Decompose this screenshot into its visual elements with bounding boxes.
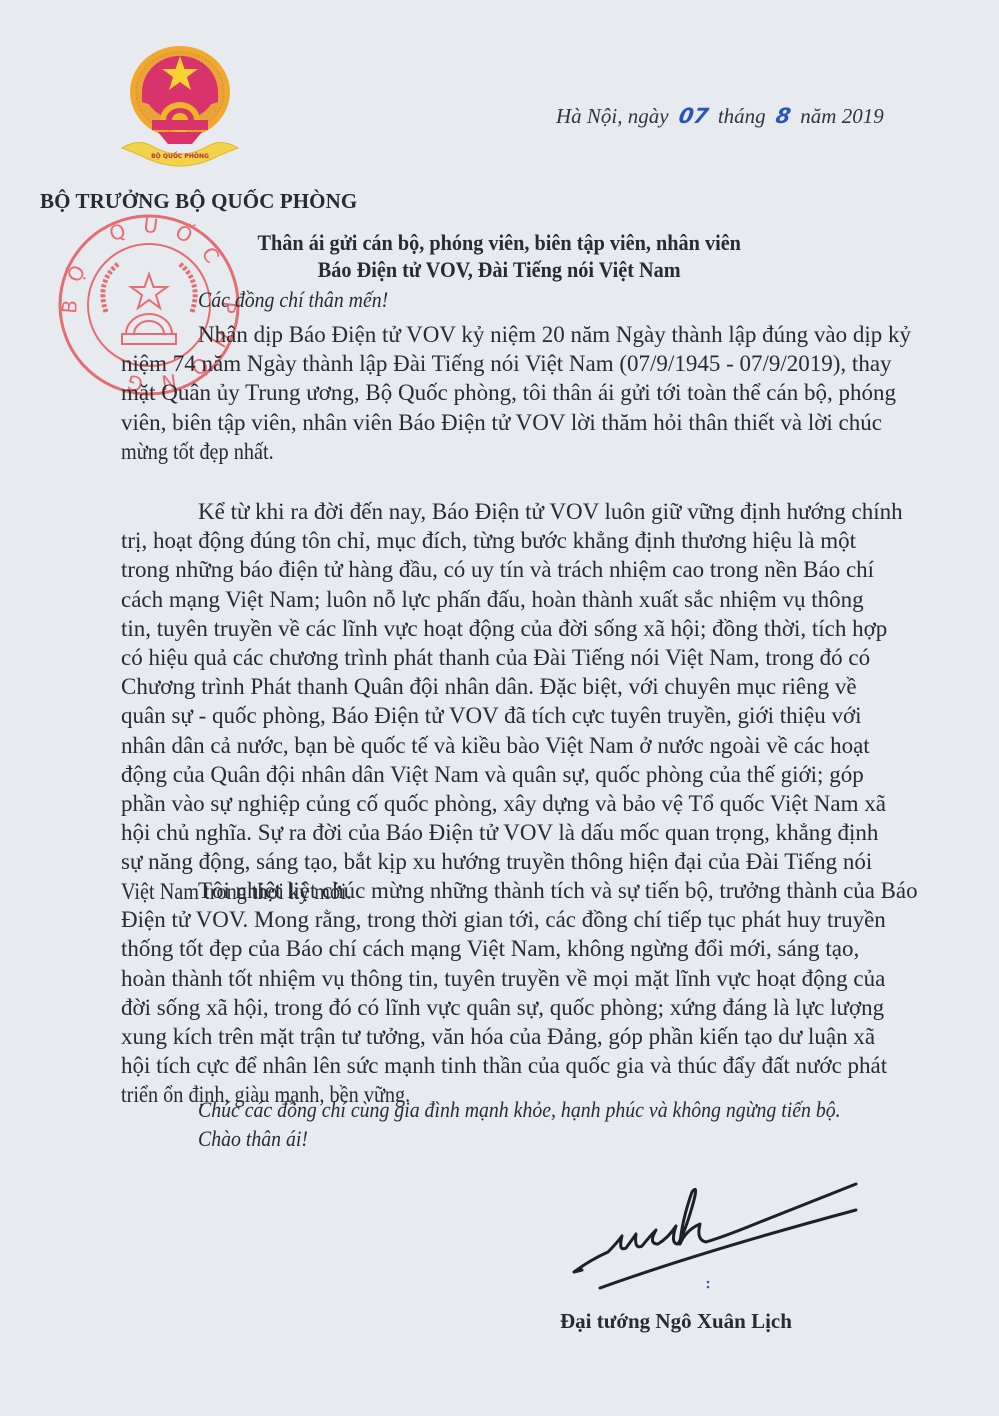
handwritten-signature-icon: [560, 1160, 860, 1300]
paragraph-line: hội chủ nghĩa. Sự ra đời của Báo Điện tử…: [121, 818, 918, 847]
date-month-label: tháng: [718, 104, 766, 128]
headline-line-1: Thân ái gửi cán bộ, phóng viên, biên tập…: [40, 230, 959, 256]
paragraph-line: Điện tử VOV. Mong rằng, trong thời gian …: [121, 905, 918, 934]
date-line: Hà Nội, ngày07tháng8năm 2019: [556, 104, 884, 129]
paragraph-line: đời sống xã hội, trong đó có lĩnh vực qu…: [121, 993, 918, 1022]
paragraph-line: phần vào sự nghiệp củng cố quốc phòng, x…: [121, 789, 918, 818]
paragraph-line: xung kích trên mặt trận tư tưởng, văn hó…: [121, 1022, 918, 1051]
date-place-prefix: Hà Nội, ngày: [556, 104, 669, 128]
paragraph-line: trong những báo điện tử hàng đầu, có uy …: [121, 555, 918, 584]
paragraph-line: trị, hoạt động đúng tôn chỉ, mục đích, t…: [121, 526, 918, 555]
paragraph-line: Kể từ khi ra đời đến nay, Báo Điện tử VO…: [198, 497, 918, 526]
greeting: Các đồng chí thân mến!: [198, 287, 388, 313]
paragraph-line: cách mạng Việt Nam; luôn nỗ lực phấn đấu…: [121, 585, 918, 614]
paragraph-line: hoàn thành tốt nhiệm vụ thông tin, tuyên…: [121, 964, 918, 993]
signer-name: Đại tướng Ngô Xuân Lịch: [560, 1309, 792, 1334]
date-year: năm 2019: [800, 104, 883, 128]
paragraph-line: có hiệu quả các chương trình phát thanh …: [121, 643, 918, 672]
paragraph-line: tin, tuyên truyền về các lĩnh vực hoạt đ…: [121, 614, 918, 643]
sender-title: BỘ TRƯỞNG BỘ QUỐC PHÒNG: [40, 189, 357, 214]
paragraph-line: nhân dân cả nước, bạn bè quốc tế và kiều…: [121, 731, 918, 760]
paragraph-line: mừng tốt đẹp nhất.: [121, 437, 822, 466]
paragraph-1: Nhân dịp Báo Điện tử VOV kỷ niệm 20 năm …: [121, 320, 918, 466]
paragraph-3: Tôi nhiệt liệt chúc mừng những thành tíc…: [121, 876, 918, 1110]
paragraph-line: Nhân dịp Báo Điện tử VOV kỷ niệm 20 năm …: [198, 320, 918, 349]
closing: Chúc các đồng chí cùng gia đình mạnh khỏ…: [198, 1095, 841, 1153]
paragraph-2: Kể từ khi ra đời đến nay, Báo Điện tử VO…: [121, 497, 918, 906]
paragraph-line: sự năng động, sáng tạo, bắt kịp xu hướng…: [121, 847, 918, 876]
paragraph-line: niệm 74 năm Ngày thành lập Đài Tiếng nói…: [121, 349, 918, 378]
paragraph-line: động của Quân đội nhân dân Việt Nam và q…: [121, 760, 918, 789]
paragraph-line: Chương trình Phát thanh Quân đội nhân dâ…: [121, 672, 918, 701]
paragraph-line: mặt Quân ủy Trung ương, Bộ Quốc phòng, t…: [121, 378, 918, 407]
date-month-handwritten: 8: [774, 104, 793, 128]
national-emblem-icon: BỘ QUỐC PHÒNG: [118, 40, 242, 176]
paragraph-line: Tôi nhiệt liệt chúc mừng những thành tíc…: [198, 876, 915, 905]
paragraph-line: thống tốt đẹp của Báo chí cách mạng Việt…: [121, 934, 918, 963]
paragraph-line: viên, biên tập viên, nhân viên Báo Điện …: [121, 408, 918, 437]
headline-line-2: Báo Điện tử VOV, Đài Tiếng nói Việt Nam: [40, 257, 959, 283]
closing-farewell: Chào thân ái!: [198, 1124, 841, 1153]
closing-wish: Chúc các đồng chí cùng gia đình mạnh khỏ…: [198, 1095, 841, 1124]
date-day-handwritten: 07: [676, 104, 709, 128]
svg-text:BỘ QUỐC PHÒNG: BỘ QUỐC PHÒNG: [151, 152, 209, 160]
paragraph-line: hội tích cực để nhân lên sức mạnh tinh t…: [121, 1051, 918, 1080]
paragraph-line: quân sự - quốc phòng, Báo Điện tử VOV đã…: [121, 701, 918, 730]
